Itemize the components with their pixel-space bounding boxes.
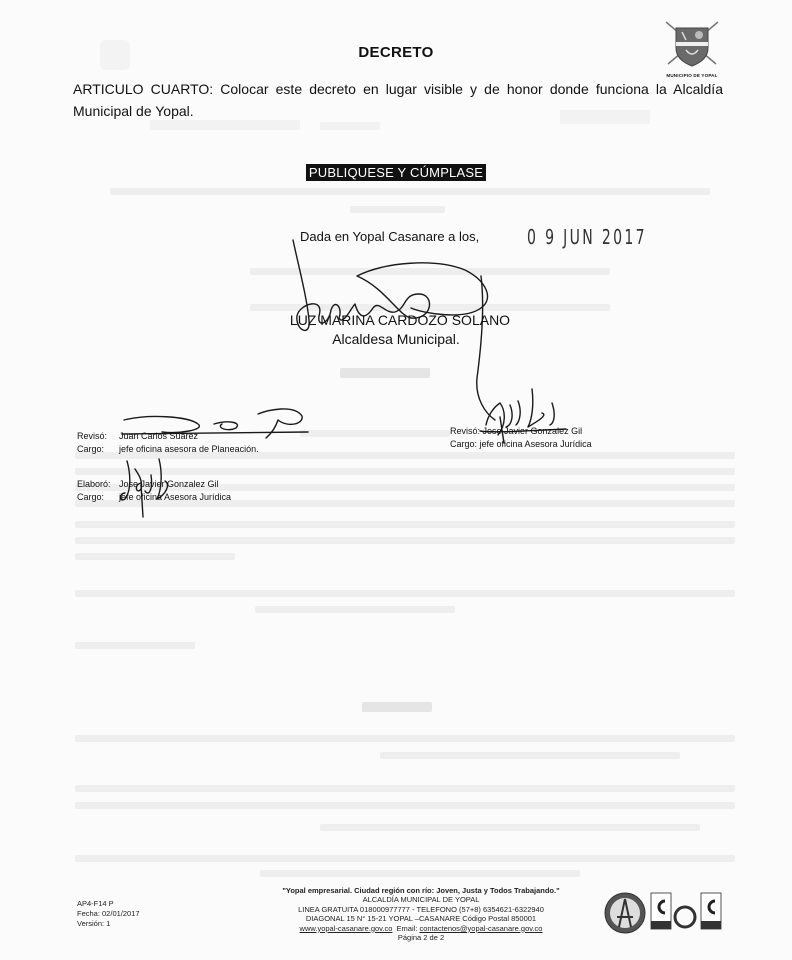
review-2: Revisó: Jose Javier Gonzalez Gil Cargo: … <box>450 425 592 451</box>
seal-icon <box>605 893 645 933</box>
form-version: Versión: 1 <box>77 919 140 929</box>
website-link[interactable]: www.yopal-casanare.gov.co <box>300 924 393 933</box>
form-info: AP4-F14 P Fecha: 02/01/2017 Versión: 1 <box>77 899 140 929</box>
review-1-cargo-label: Cargo: <box>77 443 119 456</box>
review-2-label: Revisó: <box>450 426 480 436</box>
footer-contact: "Yopal empresarial. Ciudad región con rí… <box>250 886 592 942</box>
signer-block: LUZ MARINA CARDOZO SOLANO Alcaldesa Muni… <box>0 311 792 349</box>
email-label: Email: <box>397 924 418 933</box>
form-date: Fecha: 02/01/2017 <box>77 909 140 919</box>
footer-motto: "Yopal empresarial. Ciudad región con rí… <box>250 886 592 895</box>
certification-logos <box>603 891 738 935</box>
article-text: ARTICULO CUARTO: Colocar este decreto en… <box>73 78 723 122</box>
review-2-cargo: jefe oficina Asesora Jurídica <box>480 439 592 449</box>
signer-role: Alcaldesa Municipal. <box>0 330 792 349</box>
document-title: DECRETO <box>0 44 792 61</box>
footer-entity: ALCALDÍA MUNICIPAL DE YOPAL <box>250 895 592 904</box>
drafted-cargo-label: Cargo: <box>77 491 119 504</box>
page-number: Página 2 de 2 <box>250 933 592 942</box>
form-code: AP4-F14 P <box>77 899 140 909</box>
review-2-name: Jose Javier Gonzalez Gil <box>483 426 583 436</box>
drafted-label: Elaboró: <box>77 478 119 491</box>
review-1-label: Revisó: <box>77 430 119 443</box>
review-1-cargo: jefe oficina asesora de Planeación. <box>119 444 259 454</box>
signer-name: LUZ MARINA CARDOZO SOLANO <box>0 311 792 330</box>
publish-banner: PUBLIQUESE Y CÚMPLASE <box>0 164 792 182</box>
publish-label: PUBLIQUESE Y CÚMPLASE <box>306 164 486 181</box>
email-link[interactable]: contactenos@yopal-casanare.gov.co <box>419 924 542 933</box>
drafted-cargo: jefe oficina Asesora Jurídica <box>119 492 231 502</box>
review-1-name: Juan Carlos Suarez <box>119 431 198 441</box>
icontec-ntcgp-1000-icon <box>701 893 721 929</box>
drafted-by: Elaboró:Jose Javier Gonzalez Gil Cargo:j… <box>77 478 231 504</box>
date-stamp: 0 9 JUN 2017 <box>527 225 647 249</box>
review-1: Revisó:Juan Carlos Suarez Cargo:jefe ofi… <box>77 430 259 456</box>
review-2-cargo-label: Cargo: <box>450 439 477 449</box>
drafted-name: Jose Javier Gonzalez Gil <box>119 479 219 489</box>
footer-phone: LINEA GRATUITA 018000977777 - TELEFONO (… <box>250 905 592 914</box>
iqnet-icon <box>675 907 695 927</box>
icontec-iso-9001-icon <box>651 893 671 929</box>
footer-address: DIAGONAL 15 N° 15-21 YOPAL –CASANARE Cód… <box>250 914 592 923</box>
